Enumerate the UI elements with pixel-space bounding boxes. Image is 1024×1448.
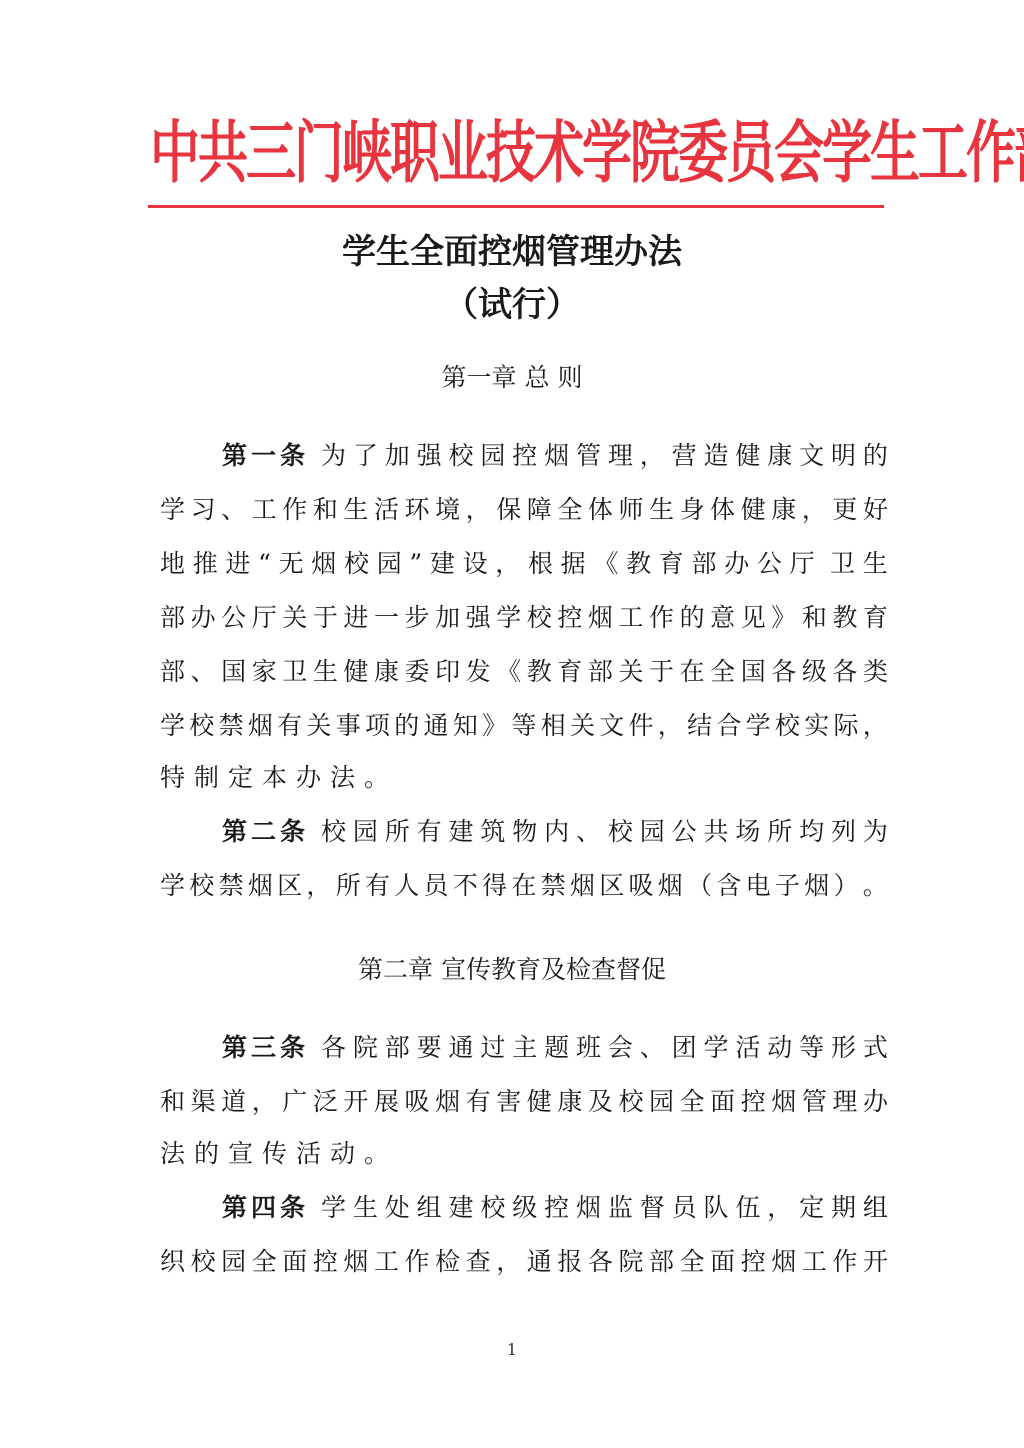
article-text: 为了加强校园控烟管理，营造健康文明的 [321, 436, 888, 476]
article-label: 第二条 [222, 812, 309, 852]
article-line: 第四条 学生处组建校级控烟监督员队伍，定期组 [222, 1188, 888, 1228]
article-line: 第二条 校园所有建筑物内、校园公共场所均列为 [222, 812, 888, 852]
page-number: 1 [0, 1340, 1024, 1359]
article-line: 学校禁烟有关事项的通知》等相关文件，结合学校实际， [160, 706, 888, 746]
article-line: 织校园全面控烟工作检查，通报各院部全面控烟工作开 [160, 1242, 888, 1282]
article-line: 法的宣传活动。 [160, 1134, 888, 1174]
article-label: 第四条 [222, 1188, 309, 1228]
article-line: 第一条 为了加强校园控烟管理，营造健康文明的 [222, 436, 888, 476]
article-line: 学习、工作和生活环境，保障全体师生身体健康，更好 [160, 490, 888, 530]
article-text: 学生处组建校级控烟监督员队伍，定期组 [321, 1188, 888, 1228]
article-text: 各院部要通过主题班会、团学活动等形式 [321, 1028, 888, 1068]
article-label: 第三条 [222, 1028, 309, 1068]
letterhead-organization: 中共三门峡职业技术学院委员会学生工作部 [150, 92, 880, 214]
article-label: 第一条 [222, 436, 309, 476]
article-line: 部办公厅关于进一步加强学校控烟工作的意见》和教育 [160, 598, 888, 638]
article-line: 学校禁烟区，所有人员不得在禁烟区吸烟（含电子烟）。 [160, 866, 888, 906]
article-line: 第三条 各院部要通过主题班会、团学活动等形式 [222, 1028, 888, 1068]
article-line: 特制定本办法。 [160, 758, 888, 798]
article-line: 地推进“无烟校园”建设，根据《教育部办公厅 卫生 [160, 544, 888, 584]
document-title: 学生全面控烟管理办法 [0, 224, 1024, 273]
article-line: 和渠道，广泛开展吸烟有害健康及校园全面控烟管理办 [160, 1082, 888, 1122]
article-line: 部、国家卫生健康委印发《教育部关于在全国各级各类 [160, 652, 888, 692]
chapter-heading: 第一章 总 则 [0, 358, 1024, 394]
chapter-heading: 第二章 宣传教育及检查督促 [0, 950, 1024, 986]
letterhead-red-rule [148, 205, 884, 208]
article-text: 校园所有建筑物内、校园公共场所均列为 [321, 812, 888, 852]
document-subtitle: （试行） [0, 277, 1024, 326]
